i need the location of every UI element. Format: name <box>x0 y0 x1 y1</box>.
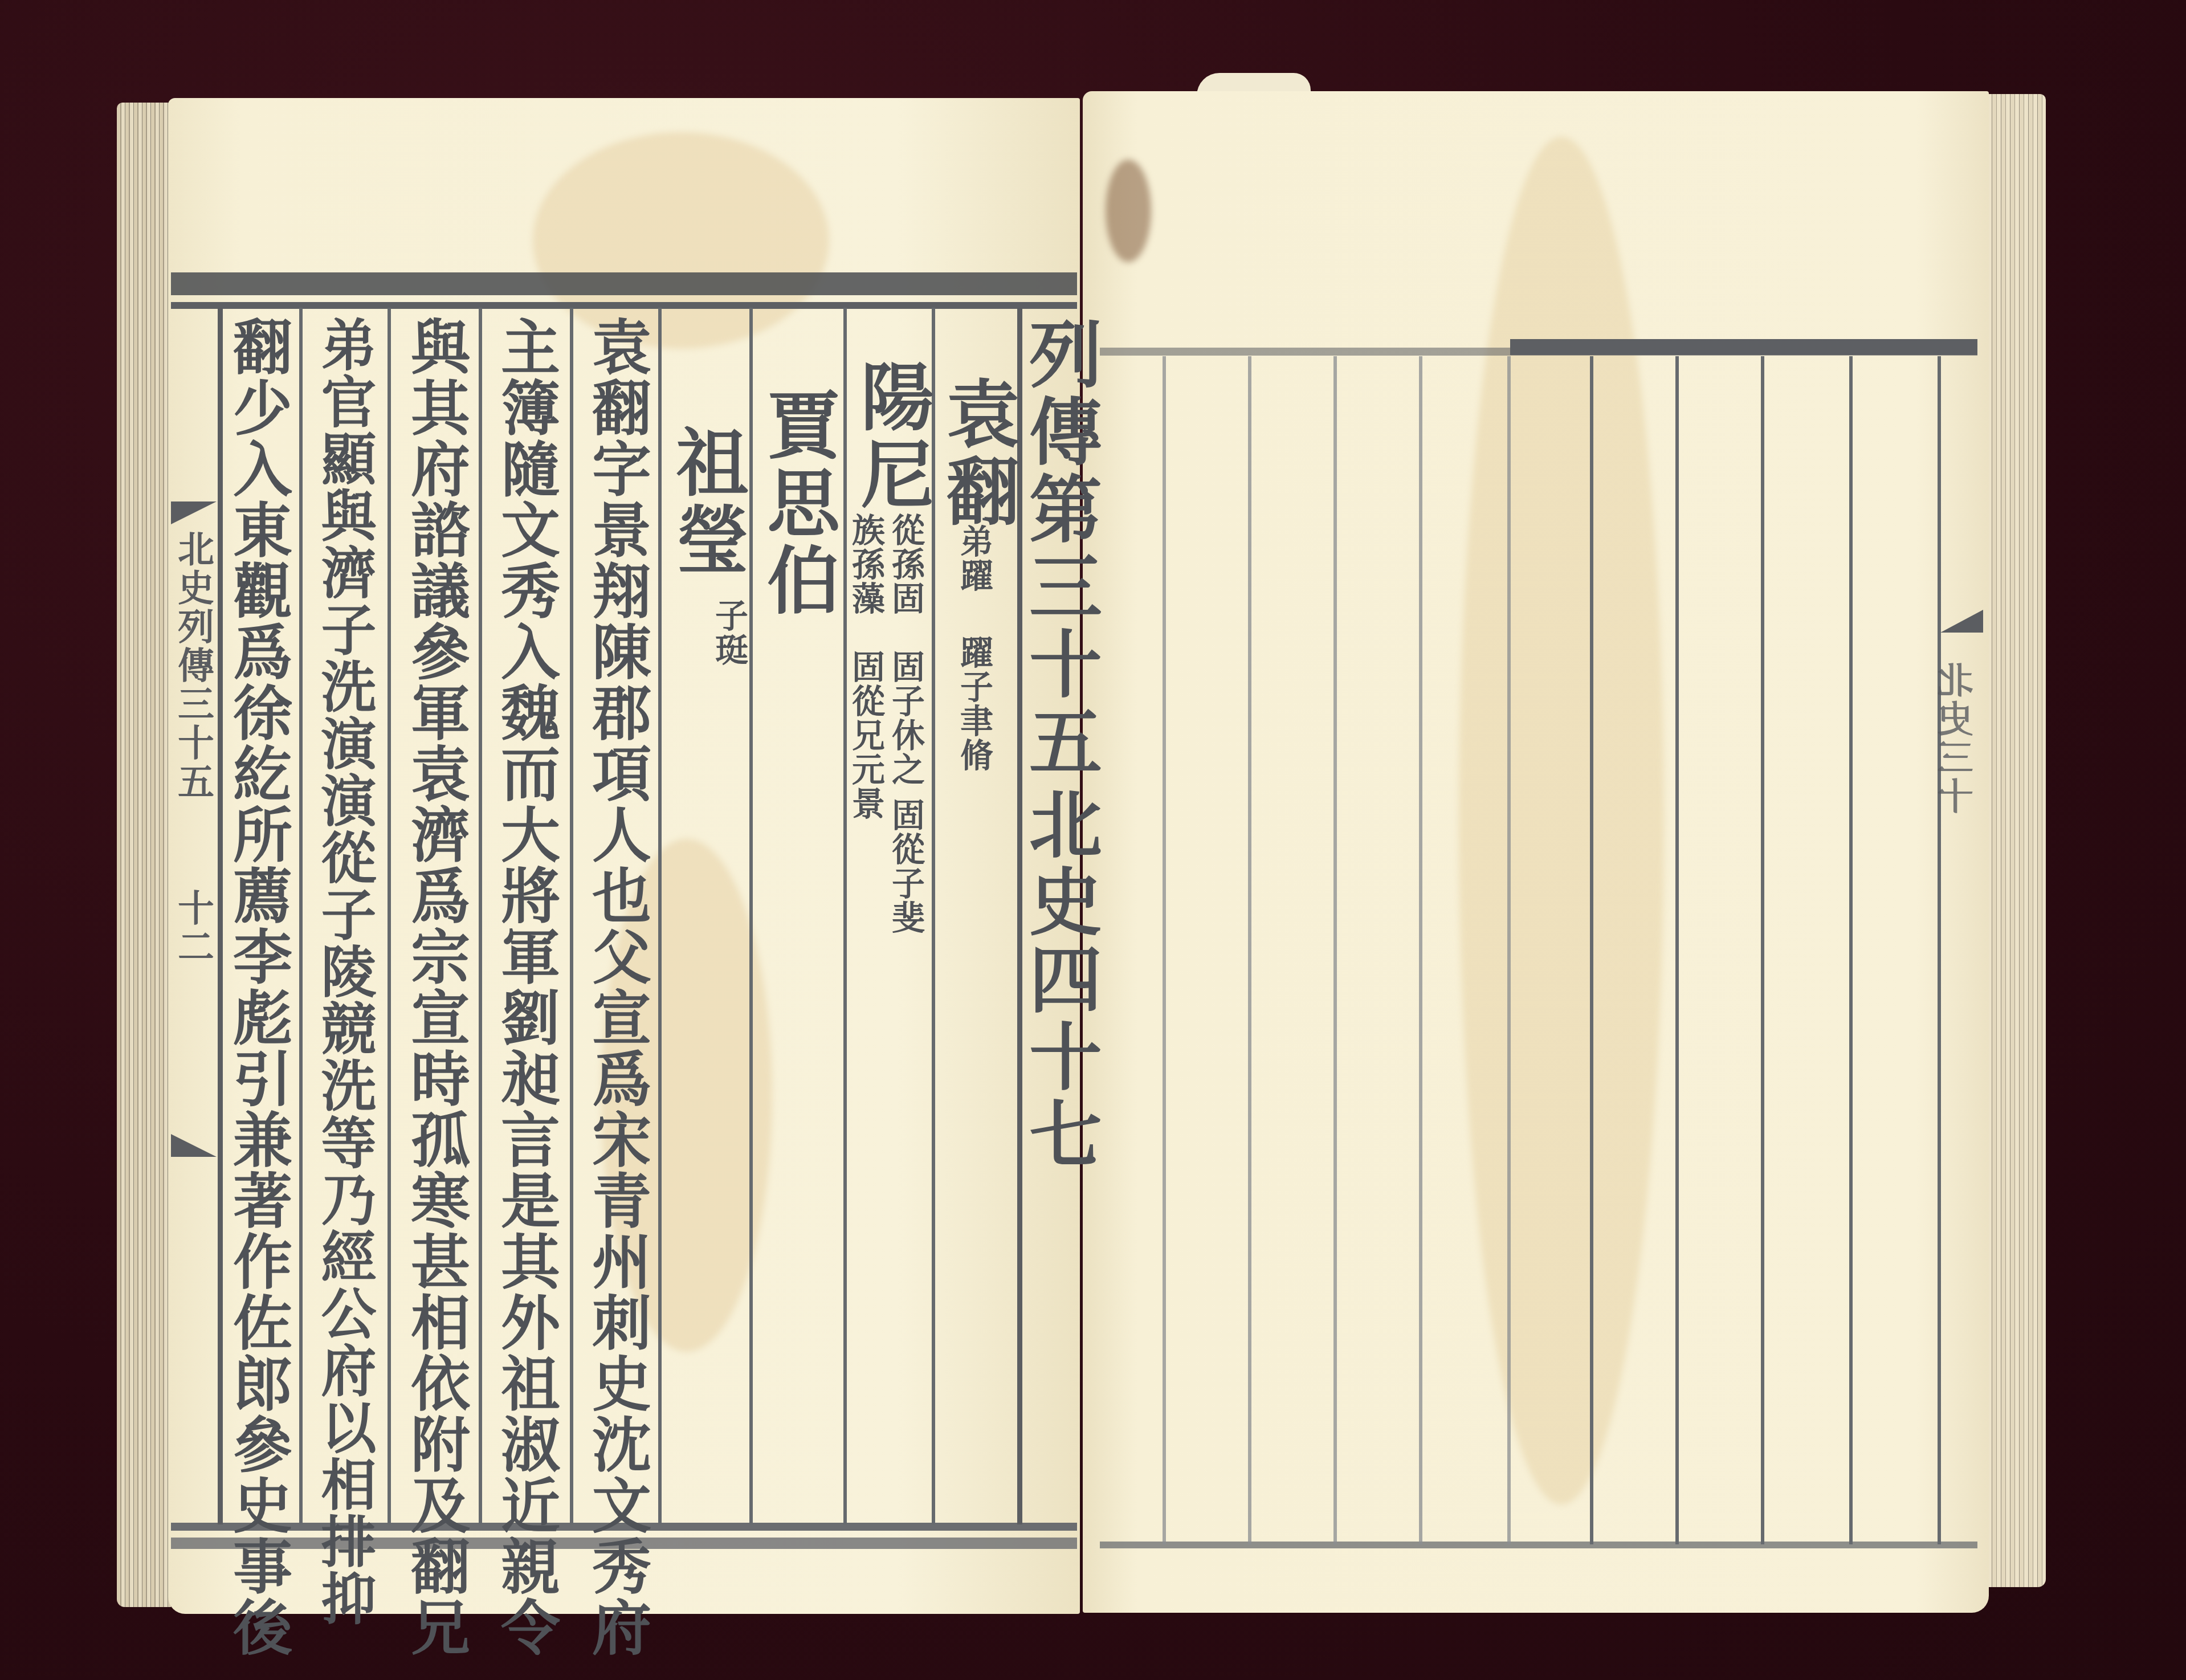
right-column-rule <box>1419 356 1422 1544</box>
toc-annotation: 弟躍 <box>957 524 990 593</box>
right-top-border <box>1510 339 1977 355</box>
ink-spot <box>1106 160 1151 262</box>
fishtail-lower <box>171 1134 217 1157</box>
column-rule <box>749 308 753 1524</box>
body-column-3: 與其府諮議參軍袁濟爲宗宣時孤寒甚相依附及翻兄 <box>406 316 465 1658</box>
right-column-rule <box>1675 356 1679 1544</box>
column-rule <box>299 308 303 1524</box>
right-column-rule <box>1507 356 1511 1544</box>
column-rule <box>843 308 847 1524</box>
right-column-rule <box>1938 356 1941 1544</box>
toc-name-jiasibo: 賈思伯 <box>761 388 834 620</box>
right-bottom-border <box>1100 1542 1977 1548</box>
fishtail-upper <box>171 501 217 524</box>
body-column-1: 袁翻字景翔陳郡項人也父宣爲宋青州刺史沈文秀府 <box>587 316 646 1658</box>
column-rule <box>388 308 391 1524</box>
right-column-rule <box>1590 356 1593 1544</box>
left-page-stack <box>117 103 171 1607</box>
toc-name-zuying: 祖瑩 <box>670 425 743 580</box>
body-column-4: 弟官顯與濟子洗演演從子陵競洗等乃經公府以相排抑 <box>316 316 372 1627</box>
fold-margin-title: 北史列傳三十五 <box>174 530 211 801</box>
right-column-rule <box>1163 356 1166 1544</box>
fold-margin-page-number: 十二 <box>174 889 211 967</box>
column-rule <box>570 308 573 1524</box>
right-column-rule <box>1333 356 1337 1544</box>
top-border-heavy <box>171 272 1077 295</box>
body-column-5: 翻少入東觀爲徐紇所薦李彪引兼著作佐郎參史事後 <box>228 316 287 1658</box>
column-rule <box>658 308 662 1524</box>
toc-annotation: 子珽 <box>712 598 745 667</box>
right-fishtail <box>1940 610 1983 633</box>
top-border-thin <box>171 302 1077 309</box>
toc-name-yuanfan: 袁翻 <box>940 376 1013 531</box>
volume-title: 北史四十七 <box>1023 786 1096 1174</box>
toc-annotation-line: 族孫藻 固從兄元景 <box>849 513 882 821</box>
fold-margin-line <box>218 308 223 1524</box>
right-column-rule <box>1849 356 1853 1544</box>
toc-name-yangni: 陽尼 <box>855 359 928 514</box>
right-page <box>1083 91 1989 1613</box>
toc-annotation-line: 固從子斐 <box>889 798 922 935</box>
toc-annotation-line: 從孫固 固子休之 <box>889 513 922 786</box>
water-stain <box>533 132 829 349</box>
body-column-2: 主簿隨文秀入魏而大將軍劉昶言是其外祖淑近親令 <box>496 316 555 1658</box>
column-rule <box>479 308 482 1524</box>
toc-annotation: 躍子聿脩 <box>957 635 990 772</box>
right-column-rule <box>1761 356 1764 1544</box>
chapter-title: 列傳第三十五 <box>1023 316 1096 781</box>
right-page-stack <box>1983 94 2046 1587</box>
fold-margin-show-through: 北史三十 <box>1940 661 1977 816</box>
right-column-rule <box>1248 356 1251 1544</box>
